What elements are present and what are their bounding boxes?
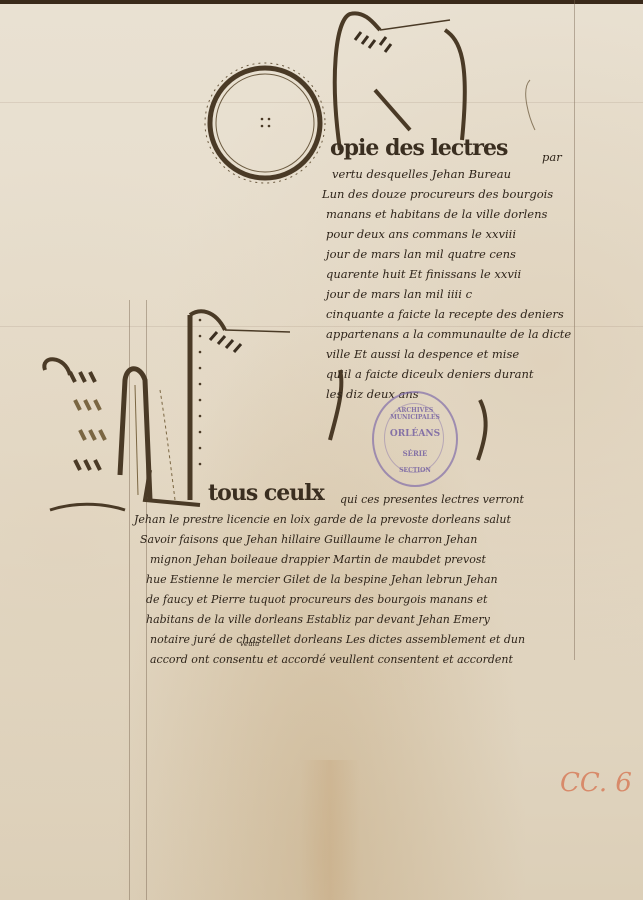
text-line: quarente huit Et finissans le xxvii: [326, 265, 521, 285]
shelfmark: CC. 6: [560, 768, 632, 798]
heading-2: tous ceulx: [208, 480, 324, 506]
stamp-series: SÉRIE: [374, 449, 456, 458]
text-line: de faucy et Pierre tuquot procureurs des…: [146, 590, 487, 610]
text-line: jour de mars lan mil iiii c: [326, 285, 472, 305]
interlinear-note: veulu: [240, 640, 259, 648]
text-line: appartenans a la communaulte de la dicte: [326, 325, 571, 345]
archive-stamp: ARCHIVES MUNICIPALES ORLÉANS SÉRIE SECTI…: [372, 391, 458, 487]
text-line: manans et habitans de la ville dorlens: [326, 205, 547, 225]
text-line: accord ont consentu et accordé veullent …: [150, 650, 513, 670]
stamp-section: SECTION: [374, 467, 456, 474]
text-line: habitans de la ville dorleans Establiz p…: [146, 610, 490, 630]
text-line: jour de mars lan mil quatre cens: [326, 245, 516, 265]
text-line: cinquante a faicte la recepte des denier…: [326, 305, 564, 325]
text-line: vertu desquelles Jehan Bureau: [332, 165, 511, 185]
text-line: par: [542, 148, 562, 168]
text-line: Jehan le prestre licencie en loix garde …: [134, 510, 511, 530]
text-line: pour deux ans commans le xxviii: [326, 225, 516, 245]
text-line: Lun des douze procureurs des bourgois: [322, 185, 553, 205]
decorated-initials: [0, 0, 643, 900]
text-line: Savoir faisons que Jehan hillaire Guilla…: [140, 530, 477, 550]
text-line: qu'il a faicte diceulx deniers durant: [326, 365, 534, 385]
text-line: ville Et aussi la despence et mise: [326, 345, 519, 365]
text-line: mignon Jehan boileaue drappier Martin de…: [150, 550, 486, 570]
stamp-top-text: ARCHIVES MUNICIPALES: [374, 407, 456, 421]
text-line: qui ces presentes lectres verront: [340, 490, 524, 510]
text-line: hue Estienne le mercier Gilet de la besp…: [146, 570, 498, 590]
manuscript-page: opie des lectres par vertu desquelles Je…: [0, 0, 643, 900]
stamp-city: ORLÉANS: [374, 429, 456, 439]
text-line: notaire juré de chastellet dorleans Les …: [150, 630, 525, 650]
heading-1: opie des lectres: [330, 135, 507, 161]
